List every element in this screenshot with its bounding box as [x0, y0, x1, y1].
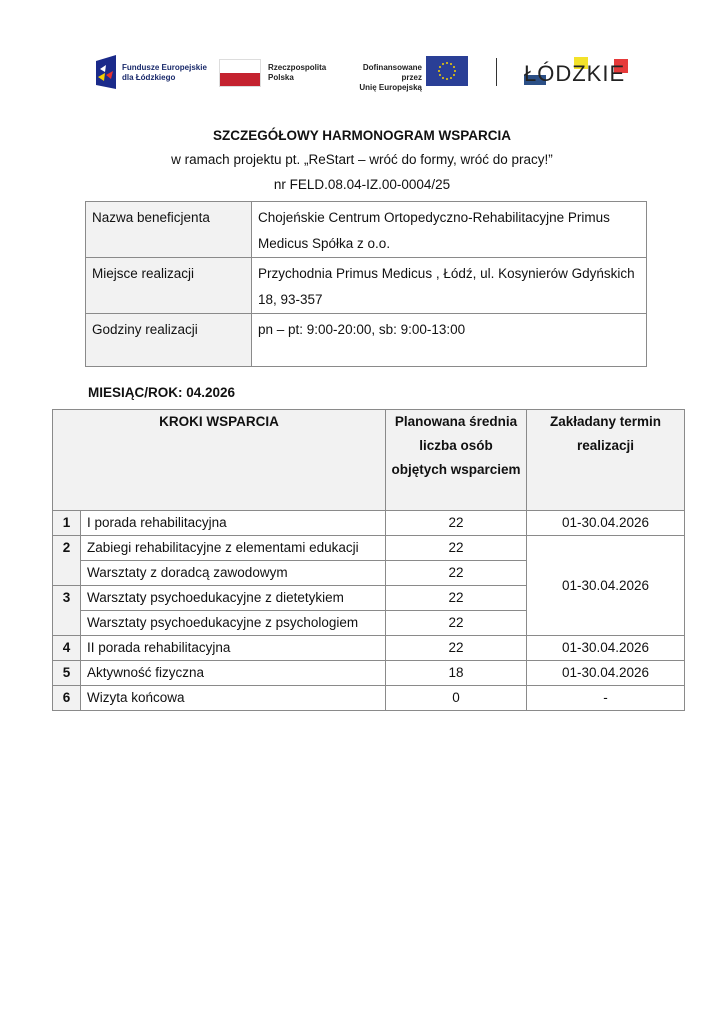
step-name: Warsztaty z doradcą zawodowym: [81, 561, 386, 586]
header-steps: KROKI WSPARCIA: [53, 410, 386, 511]
info-label: Nazwa beneficjenta: [86, 202, 252, 258]
table-row: 1 I porada rehabilitacyjna 22 01-30.04.2…: [53, 511, 685, 536]
step-name: Warsztaty psychoedukacyjne z dietetykiem: [81, 586, 386, 611]
step-name: Zabiegi rehabilitacyjne z elementami edu…: [81, 536, 386, 561]
step-name: II porada rehabilitacyjna: [81, 636, 386, 661]
step-name: Warsztaty psychoedukacyjne z psychologie…: [81, 611, 386, 636]
svg-text:ŁÓDZKIE: ŁÓDZKIE: [524, 61, 625, 86]
funds-logo-icon: [96, 55, 116, 89]
planned-count: 22: [386, 636, 527, 661]
info-row-location: Miejsce realizacji Przychodnia Primus Me…: [86, 258, 647, 314]
schedule-table: KROKI WSPARCIA Planowana średnia liczba …: [52, 409, 685, 711]
document-title: SZCZEGÓŁOWY HARMONOGRAM WSPARCIA: [0, 128, 724, 143]
eu-logo-text: Dofinansowane przez Unię Europejską: [342, 63, 422, 93]
info-table: Nazwa beneficjenta Chojeńskie Centrum Or…: [85, 201, 647, 367]
term: 01-30.04.2026: [527, 536, 685, 636]
step-number: 3: [53, 586, 81, 636]
step-number: 2: [53, 536, 81, 586]
planned-count: 22: [386, 536, 527, 561]
header-term: Zakładany termin realizacji: [527, 410, 685, 511]
table-row: 6 Wizyta końcowa 0 -: [53, 686, 685, 711]
table-row: 5 Aktywność fizyczna 18 01-30.04.2026: [53, 661, 685, 686]
month-year-label: MIESIĄC/ROK: 04.2026: [88, 385, 235, 400]
term: 01-30.04.2026: [527, 511, 685, 536]
planned-count: 22: [386, 611, 527, 636]
planned-count: 18: [386, 661, 527, 686]
step-number: 6: [53, 686, 81, 711]
info-label: Godziny realizacji: [86, 314, 252, 367]
term: 01-30.04.2026: [527, 636, 685, 661]
funds-logo-text: Fundusze Europejskie dla Łódzkiego: [122, 63, 207, 83]
table-row: 4 II porada rehabilitacyjna 22 01-30.04.…: [53, 636, 685, 661]
term: 01-30.04.2026: [527, 661, 685, 686]
step-number: 1: [53, 511, 81, 536]
logo-bar: Fundusze Europejskie dla Łódzkiego Rzecz…: [0, 52, 724, 92]
planned-count: 22: [386, 586, 527, 611]
info-value: Przychodnia Primus Medicus , Łódź, ul. K…: [252, 258, 647, 314]
lodzkie-logo-icon: ŁÓDZKIE: [522, 55, 632, 87]
info-value: pn – pt: 9:00-20:00, sb: 9:00-13:00: [252, 314, 647, 367]
planned-count: 0: [386, 686, 527, 711]
project-number: nr FELD.08.04-IZ.00-0004/25: [0, 177, 724, 192]
step-name: Wizyta końcowa: [81, 686, 386, 711]
eu-flag-icon: [426, 56, 468, 86]
schedule-header-row: KROKI WSPARCIA Planowana średnia liczba …: [53, 410, 685, 511]
info-label: Miejsce realizacji: [86, 258, 252, 314]
info-row-hours: Godziny realizacji pn – pt: 9:00-20:00, …: [86, 314, 647, 367]
planned-count: 22: [386, 511, 527, 536]
logo-separator: [496, 58, 497, 86]
poland-logo-text: Rzeczpospolita Polska: [268, 63, 326, 83]
header-planned: Planowana średnia liczba osób objętych w…: [386, 410, 527, 511]
info-row-beneficiary: Nazwa beneficjenta Chojeńskie Centrum Or…: [86, 202, 647, 258]
step-name: I porada rehabilitacyjna: [81, 511, 386, 536]
poland-flag-icon: [219, 59, 261, 87]
info-value: Chojeńskie Centrum Ortopedyczno-Rehabili…: [252, 202, 647, 258]
step-number: 4: [53, 636, 81, 661]
term: -: [527, 686, 685, 711]
step-name: Aktywność fizyczna: [81, 661, 386, 686]
step-number: 5: [53, 661, 81, 686]
project-subtitle: w ramach projektu pt. „ReStart – wróć do…: [0, 152, 724, 167]
planned-count: 22: [386, 561, 527, 586]
table-row: 2 Zabiegi rehabilitacyjne z elementami e…: [53, 536, 685, 561]
